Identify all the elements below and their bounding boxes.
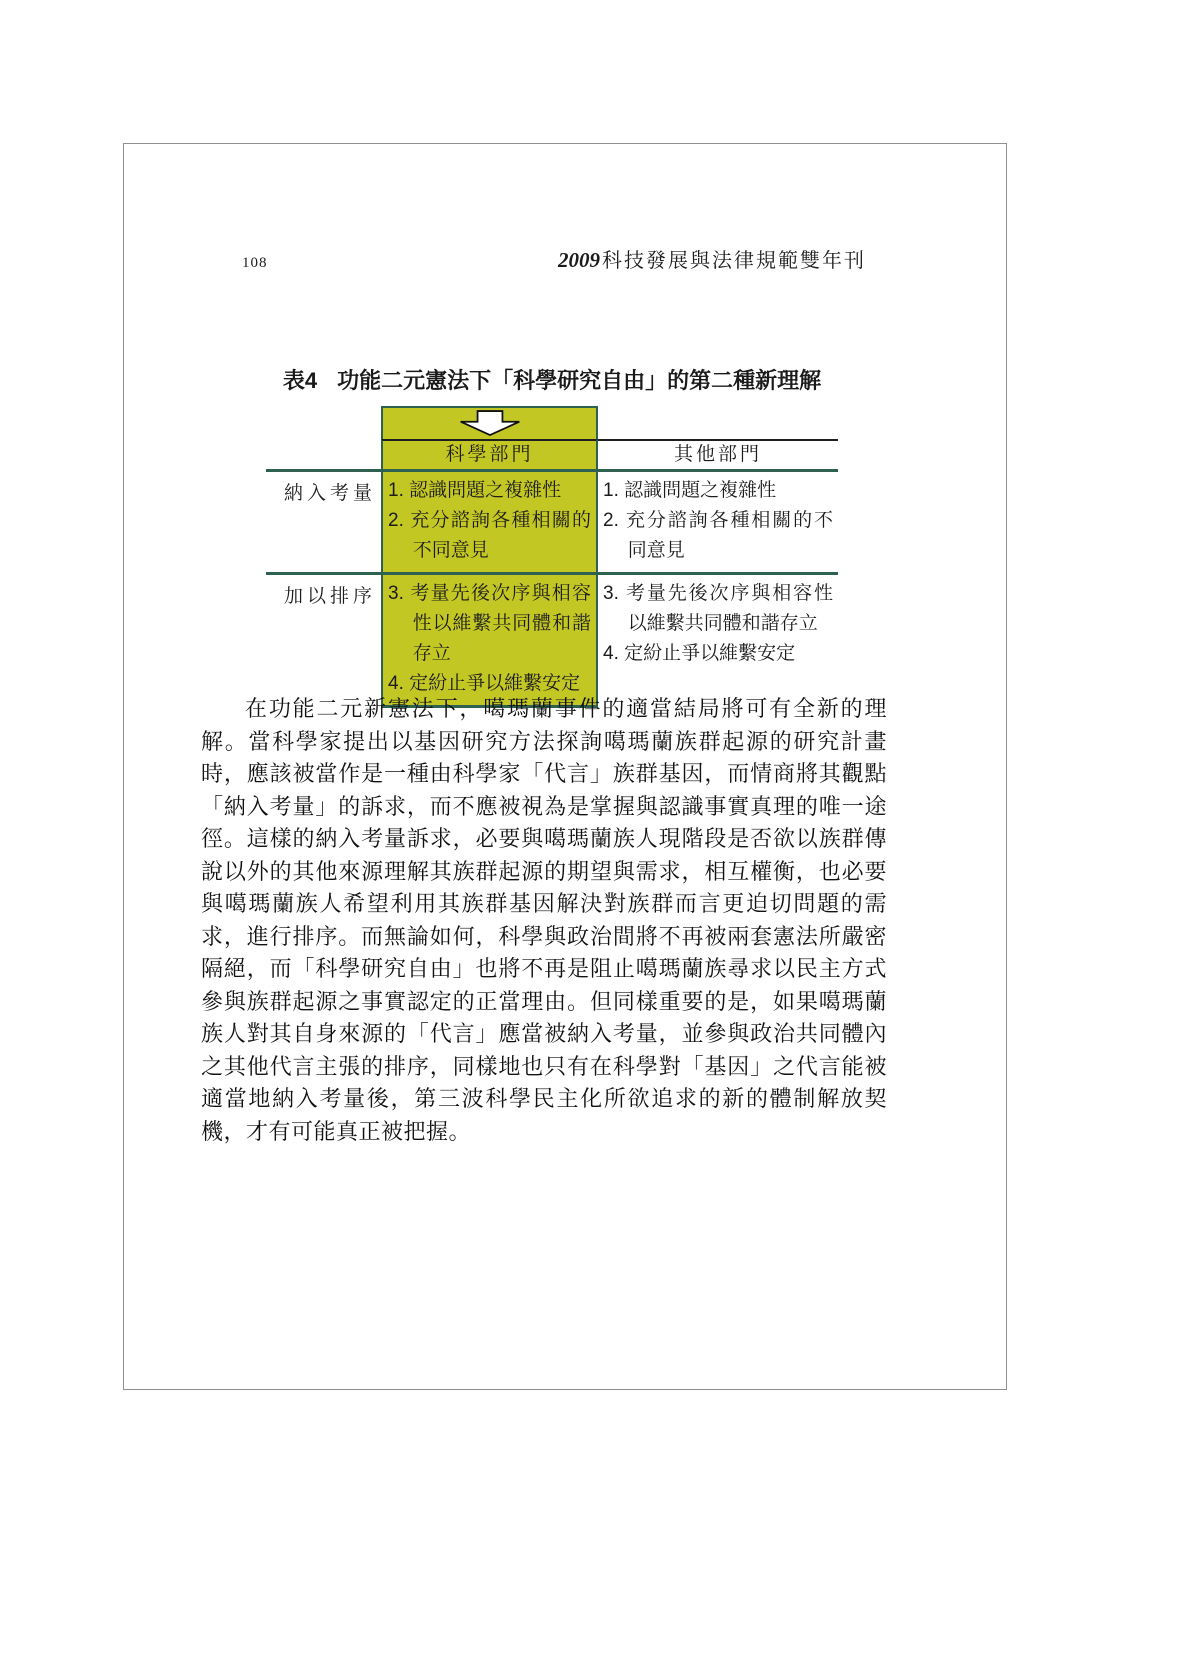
- column-header-other: 其他部門: [598, 439, 838, 469]
- table-item: 1. 認識問題之複雜性: [603, 476, 833, 506]
- table-item: 4. 定紛止爭以維繫安定: [603, 639, 833, 669]
- other-cell-consideration: 1. 認識問題之複雜性 2. 充分諮詢各種相關的不同意見: [598, 469, 838, 572]
- table-corner-cell: [266, 439, 381, 469]
- table-caption: 表4功能二元憲法下「科學研究自由」的第二種新理解: [266, 364, 838, 395]
- journal-title: 2009科技發展與法律規範雙年刊: [558, 244, 866, 273]
- body-paragraph: 在功能二元新憲法下，噶瑪蘭事件的適當結局將可有全新的理解。當科學家提出以基因研究…: [201, 693, 887, 1148]
- other-cell-ordering: 3. 考量先後次序與相容性以維繫共同體和諧存立 4. 定紛止爭以維繫安定: [598, 572, 838, 708]
- table-caption-title: 功能二元憲法下「科學研究自由」的第二種新理解: [337, 368, 821, 393]
- table-item: 2. 充分諮詢各種相關的不同意見: [603, 506, 833, 566]
- down-arrow-icon: [458, 410, 522, 437]
- science-cell-consideration: 1. 認識問題之複雜性 2. 充分諮詢各種相關的不同意見: [381, 469, 598, 572]
- table-item: 2. 充分諮詢各種相關的不同意見: [388, 506, 591, 566]
- table-item: 1. 認識問題之複雜性: [388, 476, 591, 506]
- page-frame: 108 2009科技發展與法律規範雙年刊 表4功能二元憲法下「科學研究自由」的第…: [123, 143, 1007, 1390]
- row-label-ordering: 加以排序: [266, 572, 381, 708]
- table-item: 3. 考量先後次序與相容性以維繫共同體和諧存立: [388, 579, 591, 669]
- table-item: 3. 考量先後次序與相容性以維繫共同體和諧存立: [603, 579, 833, 639]
- table-spacer-cell: [598, 406, 838, 439]
- page-number: 108: [242, 255, 268, 272]
- table-spacer-cell: [266, 406, 381, 439]
- running-header: 108 2009科技發展與法律規範雙年刊: [242, 244, 866, 273]
- journal-year: 2009: [558, 248, 600, 272]
- science-column-arrow-cell: [381, 406, 598, 439]
- journal-name: 科技發展與法律規範雙年刊: [602, 250, 866, 272]
- table-caption-label: 表4: [283, 368, 317, 393]
- table-4: 科學部門 其他部門 納入考量 1. 認識問題之複雜性 2. 充分諮詢各種相關的不…: [266, 406, 838, 708]
- column-header-science: 科學部門: [381, 439, 598, 469]
- row-label-consideration: 納入考量: [266, 469, 381, 572]
- science-cell-ordering: 3. 考量先後次序與相容性以維繫共同體和諧存立 4. 定紛止爭以維繫安定: [381, 572, 598, 708]
